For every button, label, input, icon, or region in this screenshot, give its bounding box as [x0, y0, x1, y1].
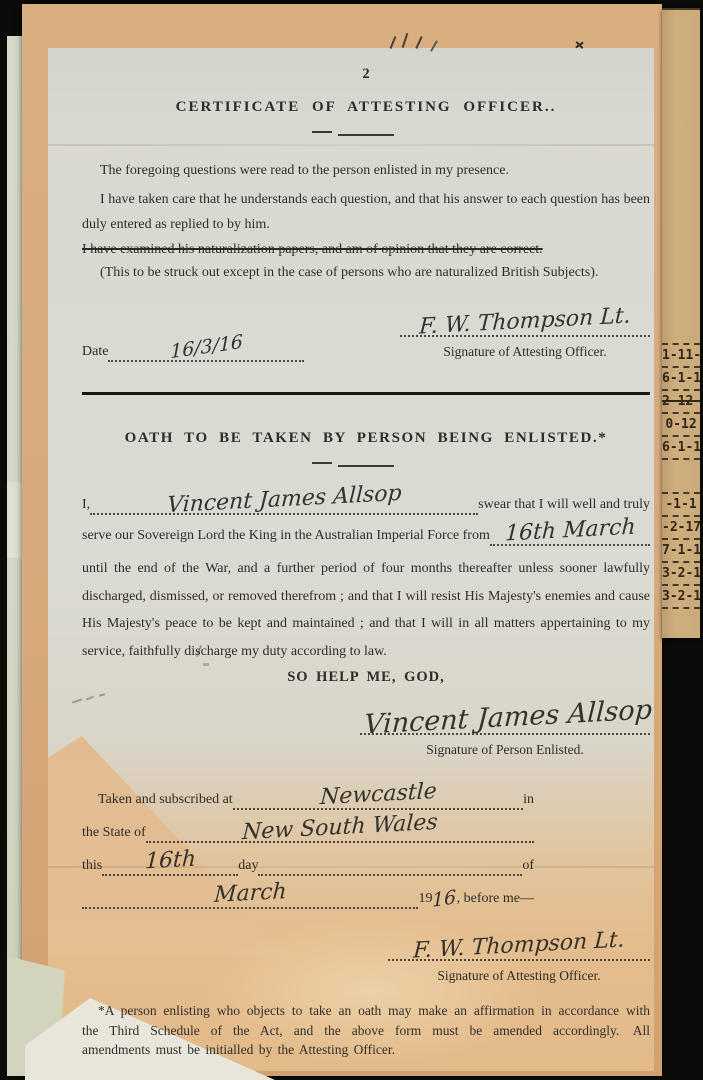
- day-label: day: [238, 856, 258, 876]
- person-signature-label: Signature of Person Enlisted.: [360, 740, 650, 760]
- attestation-month-year-row: March 19 16 , before me—: [82, 883, 534, 909]
- oath-date-row: serve our Sovereign Lord the King in the…: [82, 520, 650, 546]
- date-field: 16/3/16: [108, 337, 304, 362]
- handwritten-enlistee-name: Vincent James Allsop: [166, 483, 402, 517]
- handwritten-state: New South Wales: [242, 812, 439, 844]
- handwritten-officer-signature: F. W. Thompson Lt.: [419, 305, 632, 338]
- handwritten-person-signature: Vincent James Allsop: [364, 697, 653, 738]
- oath-name-row: I, Vincent James Allsop swear that I wil…: [82, 489, 650, 515]
- scanned-document-photo: { "colors": { "background": "#0b0b09", "…: [0, 0, 703, 1080]
- ledger-strip-fragment: 1-11- 6-1-1 2-12- 0-12 6-1-1 -1-1 -2-17 …: [662, 8, 700, 638]
- ledger-figure: 1-11-: [662, 343, 700, 368]
- strike-out-instruction: (This to be struck out except in the cas…: [82, 263, 650, 283]
- section-rule: [338, 134, 394, 136]
- taken-subscribed-label: Taken and subscribed at: [82, 790, 233, 810]
- attesting-officer-signature-block: F. W. Thompson Lt. Signature of Attestin…: [400, 311, 650, 362]
- ledger-figure: 6-1-1: [662, 437, 700, 460]
- handwritten-date: 16/3/16: [170, 332, 243, 362]
- oath-serve-text: serve our Sovereign Lord the King in the…: [82, 526, 490, 546]
- handwritten-officer-signature: F. W. Thompson Lt.: [413, 929, 626, 962]
- place-field: Newcastle: [233, 784, 523, 810]
- attestation-place-row: Taken and subscribed at Newcastle in: [82, 784, 534, 810]
- ledger-figure: 3-2-1: [662, 586, 700, 609]
- handwritten-year: 16: [433, 887, 457, 911]
- ledger-figure-blank: [662, 460, 700, 494]
- empty-dotted-field: [258, 874, 522, 876]
- day-field: 16th: [102, 850, 238, 876]
- state-field: New South Wales: [146, 817, 534, 843]
- oath-body-text: until the end of the War, and a further …: [82, 555, 650, 665]
- person-enlisted-signature-block: Vincent James Allsop Signature of Person…: [360, 705, 650, 760]
- section-rule: [338, 465, 394, 467]
- ink-blot-mark: [575, 40, 584, 49]
- struck-naturalization-line: I have examined his naturalization paper…: [82, 240, 650, 260]
- date-and-signature-row: Date 16/3/16 F. W. Thompson Lt. Signatur…: [82, 311, 650, 362]
- this-label: this: [82, 856, 102, 876]
- document-content: 2 CERTIFICATE OF ATTESTING OFFICER.. The…: [82, 54, 650, 1060]
- signature-line: F. W. Thompson Lt.: [388, 935, 650, 961]
- signature-line: F. W. Thompson Lt.: [400, 311, 650, 337]
- ledger-figure-struck: 2-12-: [662, 391, 700, 414]
- oath-i-label: I,: [82, 495, 90, 515]
- attestation-state-row: the State of New South Wales: [82, 817, 534, 843]
- handwritten-place: Newcastle: [319, 781, 437, 809]
- signature-line: Vincent James Allsop: [360, 705, 650, 735]
- affirmation-footnote: *A person enlisting who objects to take …: [82, 1001, 650, 1060]
- certificate-paragraph-2: I have taken care that he understands ea…: [82, 187, 650, 237]
- handwritten-month: March: [213, 881, 287, 907]
- ledger-figure: 7-1-1: [662, 540, 700, 563]
- enlistment-date-field: 16th March: [490, 520, 650, 546]
- section-divider-rule: [82, 392, 650, 395]
- attestation-block: Taken and subscribed at Newcastle in the…: [82, 784, 534, 909]
- before-me-label: , before me—: [457, 889, 534, 909]
- handwritten-day: 16th: [144, 849, 196, 874]
- officer-signature-label: Signature of Attesting Officer.: [388, 966, 650, 986]
- ledger-figure: -2-17: [662, 517, 700, 540]
- attestation-day-row: this 16th day of: [82, 850, 534, 876]
- ledger-figure: 3-2-1: [662, 563, 700, 586]
- year-printed-19: 19: [418, 889, 432, 909]
- so-help-me-god-text: SO HELP ME, GOD,: [82, 667, 650, 687]
- ledger-figure: 0-12: [662, 414, 700, 437]
- in-label: in: [523, 790, 534, 810]
- certificate-title: CERTIFICATE OF ATTESTING OFFICER..: [82, 97, 650, 117]
- of-label: of: [522, 856, 534, 876]
- oath-swear-text: swear that I will well and truly: [478, 495, 650, 515]
- attesting-officer-signature-block-2: F. W. Thompson Lt. Signature of Attestin…: [388, 935, 650, 986]
- month-field: March: [82, 883, 418, 909]
- ledger-figure: -1-1: [662, 494, 700, 517]
- oath-title: OATH TO BE TAKEN BY PERSON BEING ENLISTE…: [82, 428, 650, 448]
- ledger-figure: 6-1-1: [662, 368, 700, 391]
- state-of-label: the State of: [82, 823, 146, 843]
- ledger-strip-figures: 1-11- 6-1-1 2-12- 0-12 6-1-1 -1-1 -2-17 …: [662, 343, 700, 609]
- handwritten-enlistment-date: 16th March: [504, 517, 636, 546]
- certificate-paragraph-1: The foregoing questions were read to the…: [82, 161, 650, 181]
- date-label: Date: [82, 342, 108, 362]
- enlistee-name-field: Vincent James Allsop: [90, 489, 478, 515]
- page-number: 2: [82, 64, 650, 84]
- officer-signature-label: Signature of Attesting Officer.: [400, 342, 650, 362]
